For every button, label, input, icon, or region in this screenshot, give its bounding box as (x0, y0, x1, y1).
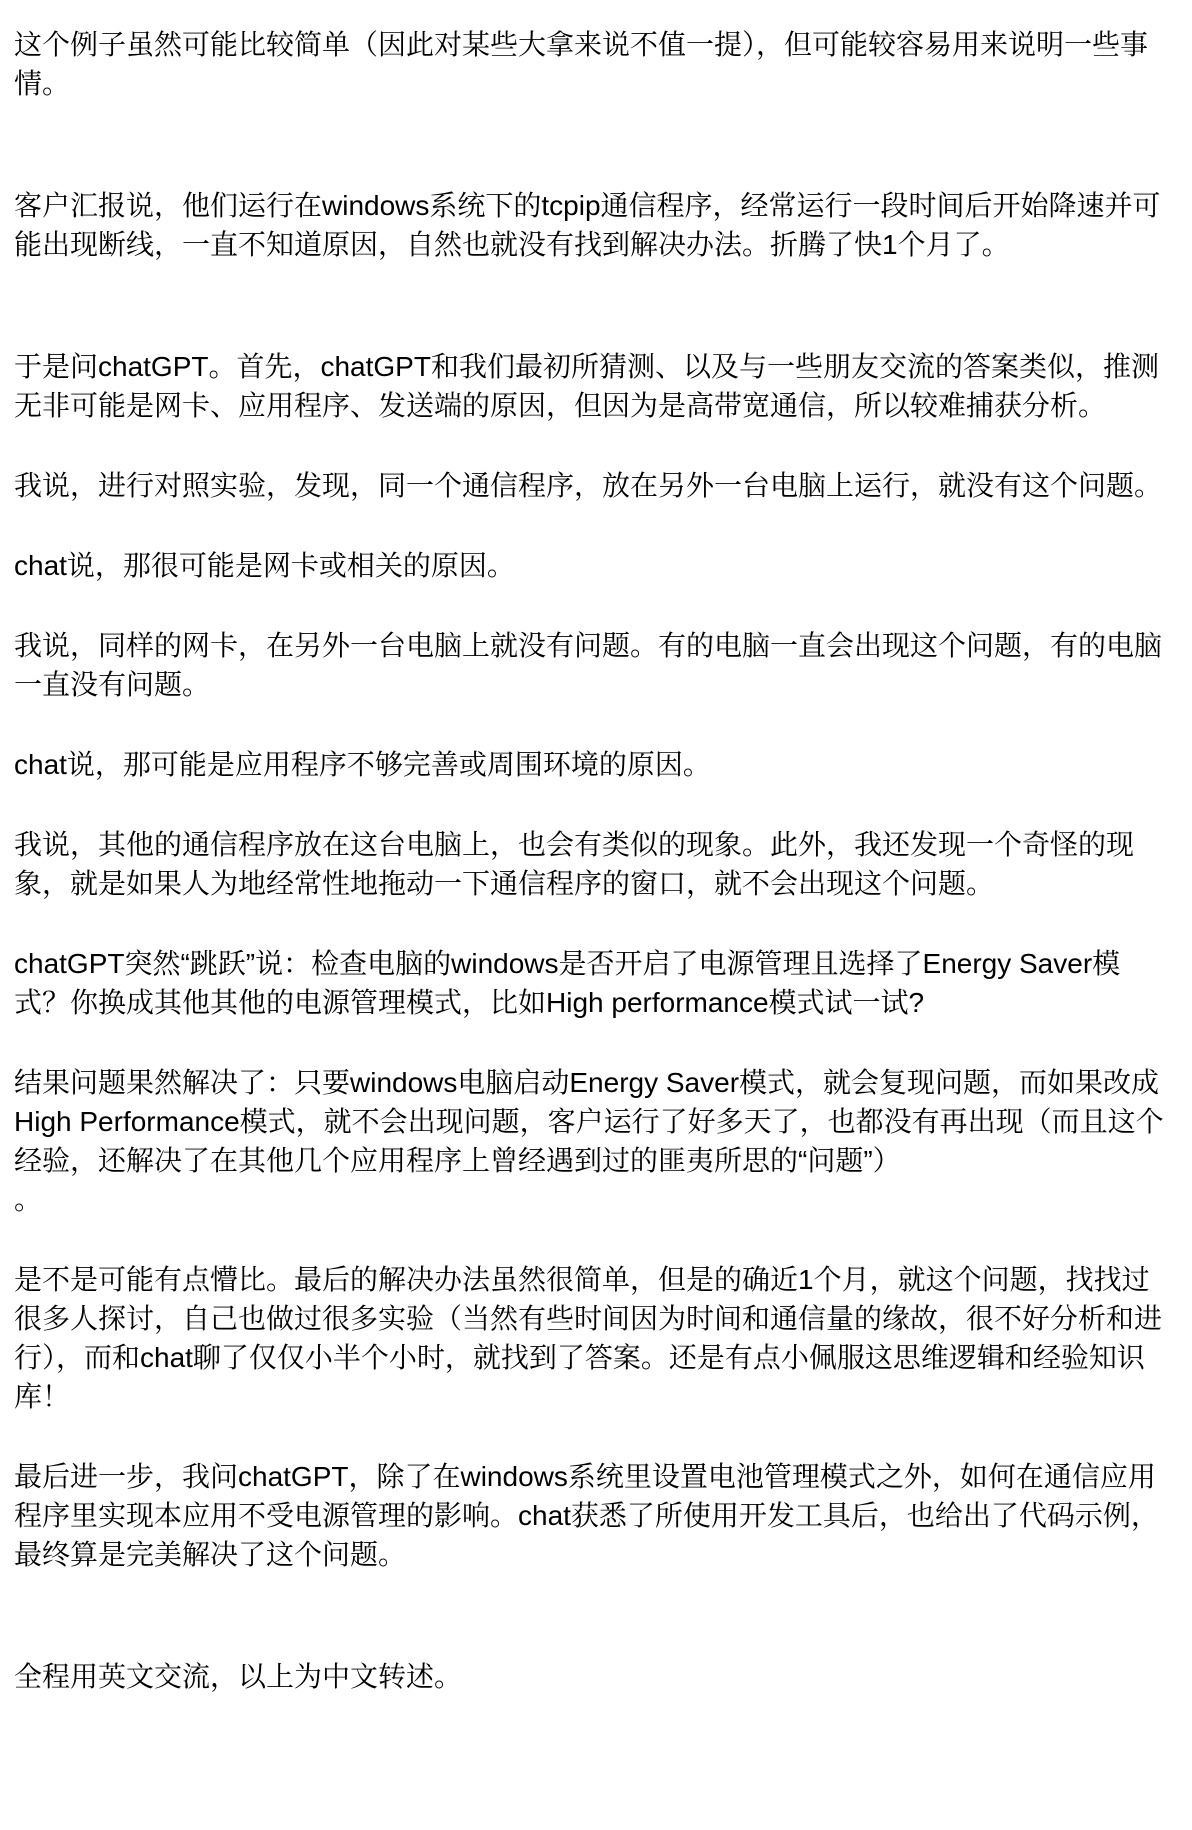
paragraph: 结果问题果然解决了：只要windows电脑启动Energy Saver模式，就会… (14, 1063, 1164, 1219)
paragraph: 客户汇报说，他们运行在windows系统下的tcpip通信程序，经常运行一段时间… (14, 186, 1164, 264)
paragraph: 我说，其他的通信程序放在这台电脑上，也会有类似的现象。此外，我还发现一个奇怪的现… (14, 825, 1164, 903)
paragraph: 于是问chatGPT。首先，chatGPT和我们最初所猜测、以及与一些朋友交流的… (14, 347, 1164, 425)
document-body: 这个例子虽然可能比较简单（因此对某些大拿来说不值一提），但可能较容易用来说明一些… (0, 0, 1192, 1696)
paragraph: 这个例子虽然可能比较简单（因此对某些大拿来说不值一提），但可能较容易用来说明一些… (14, 25, 1164, 103)
paragraph: 我说，同样的网卡，在另外一台电脑上就没有问题。有的电脑一直会出现这个问题，有的电… (14, 626, 1164, 704)
paragraph: 全程用英文交流，以上为中文转述。 (14, 1657, 1164, 1696)
paragraph: chat说，那很可能是网卡或相关的原因。 (14, 546, 1164, 585)
paragraph: chatGPT突然“跳跃”说：检查电脑的windows是否开启了电源管理且选择了… (14, 944, 1164, 1022)
paragraph: 我说，进行对照实验，发现，同一个通信程序，放在另外一台电脑上运行，就没有这个问题… (14, 466, 1164, 505)
paragraph: chat说，那可能是应用程序不够完善或周围环境的原因。 (14, 745, 1164, 784)
paragraph: 最后进一步，我问chatGPT，除了在windows系统里设置电池管理模式之外，… (14, 1457, 1164, 1574)
paragraph: 是不是可能有点懵比。最后的解决办法虽然很简单，但是的确近1个月，就这个问题，找找… (14, 1260, 1164, 1416)
